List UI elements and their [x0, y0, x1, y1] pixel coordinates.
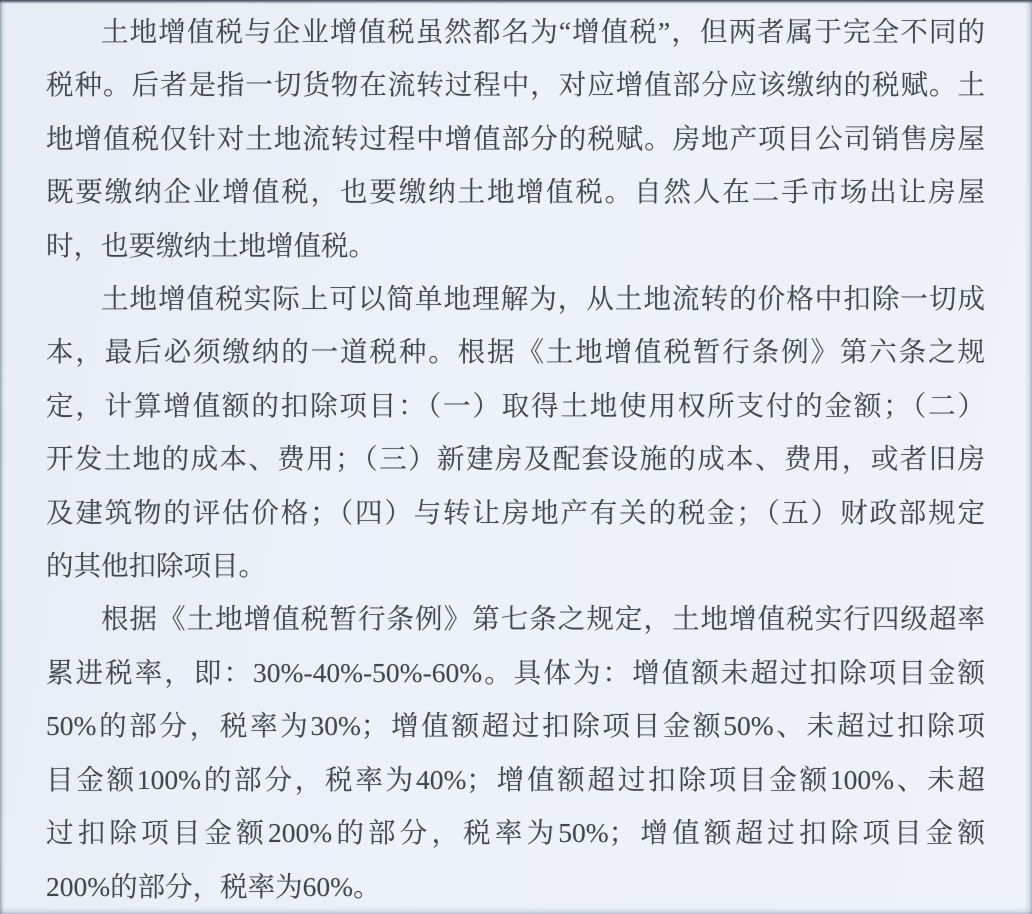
text-line: 时，也要缴纳土地增值税。 [46, 219, 985, 272]
text-line: 根据《土地增值税暂行条例》第七条之规定，土地增值税实行四级超率 [46, 592, 985, 645]
text-line: 及建筑物的评估价格；（四）与转让房地产有关的税金；（五）财政部规定 [46, 486, 985, 539]
paragraph-deduction-items: 土地增值税实际上可以简单地理解为，从土地流转的价格中扣除一切成本，最后必须缴纳的… [46, 272, 985, 592]
text-line: 目金额100%的部分，税率为40%；增值额超过扣除项目金额100%、未超 [46, 753, 985, 806]
text-line: 累进税率，即：30%-40%-50%-60%。具体为：增值额未超过扣除项目金额 [46, 646, 985, 699]
paragraph-progressive-rates: 根据《土地增值税暂行条例》第七条之规定，土地增值税实行四级超率累进税率，即：30… [46, 592, 985, 912]
text-line: 既要缴纳企业增值税，也要缴纳土地增值税。自然人在二手市场出让房屋 [46, 165, 985, 218]
text-line: 税种。后者是指一切货物在流转过程中，对应增值部分应该缴纳的税赋。土 [46, 58, 985, 111]
text-line: 50%的部分，税率为30%；增值额超过扣除项目金额50%、未超过扣除项 [46, 699, 985, 752]
paragraph-tax-difference: 土地增值税与企业增值税虽然都名为“增值税”，但两者属于完全不同的税种。后者是指一… [46, 5, 985, 272]
text-line: 的其他扣除项目。 [46, 539, 985, 592]
scanned-document-page: 土地增值税与企业增值税虽然都名为“增值税”，但两者属于完全不同的税种。后者是指一… [0, 0, 1032, 914]
text-line: 200%的部分，税率为60%。 [46, 860, 985, 913]
text-line: 过扣除项目金额200%的部分，税率为50%；增值额超过扣除项目金额 [46, 806, 985, 859]
text-line: 土地增值税与企业增值税虽然都名为“增值税”，但两者属于完全不同的 [46, 5, 985, 58]
text-line: 开发土地的成本、费用；（三）新建房及配套设施的成本、费用，或者旧房 [46, 432, 985, 485]
text-line: 定，计算增值额的扣除项目：（一）取得土地使用权所支付的金额；（二） [46, 379, 985, 432]
text-line: 土地增值税实际上可以简单地理解为，从土地流转的价格中扣除一切成 [46, 272, 985, 325]
text-line: 本，最后必须缴纳的一道税种。根据《土地增值税暂行条例》第六条之规 [46, 325, 985, 378]
text-line: 地增值税仅针对土地流转过程中增值部分的税赋。房地产项目公司销售房屋 [46, 112, 985, 165]
document-body: 土地增值税与企业增值税虽然都名为“增值税”，但两者属于完全不同的税种。后者是指一… [46, 5, 985, 913]
